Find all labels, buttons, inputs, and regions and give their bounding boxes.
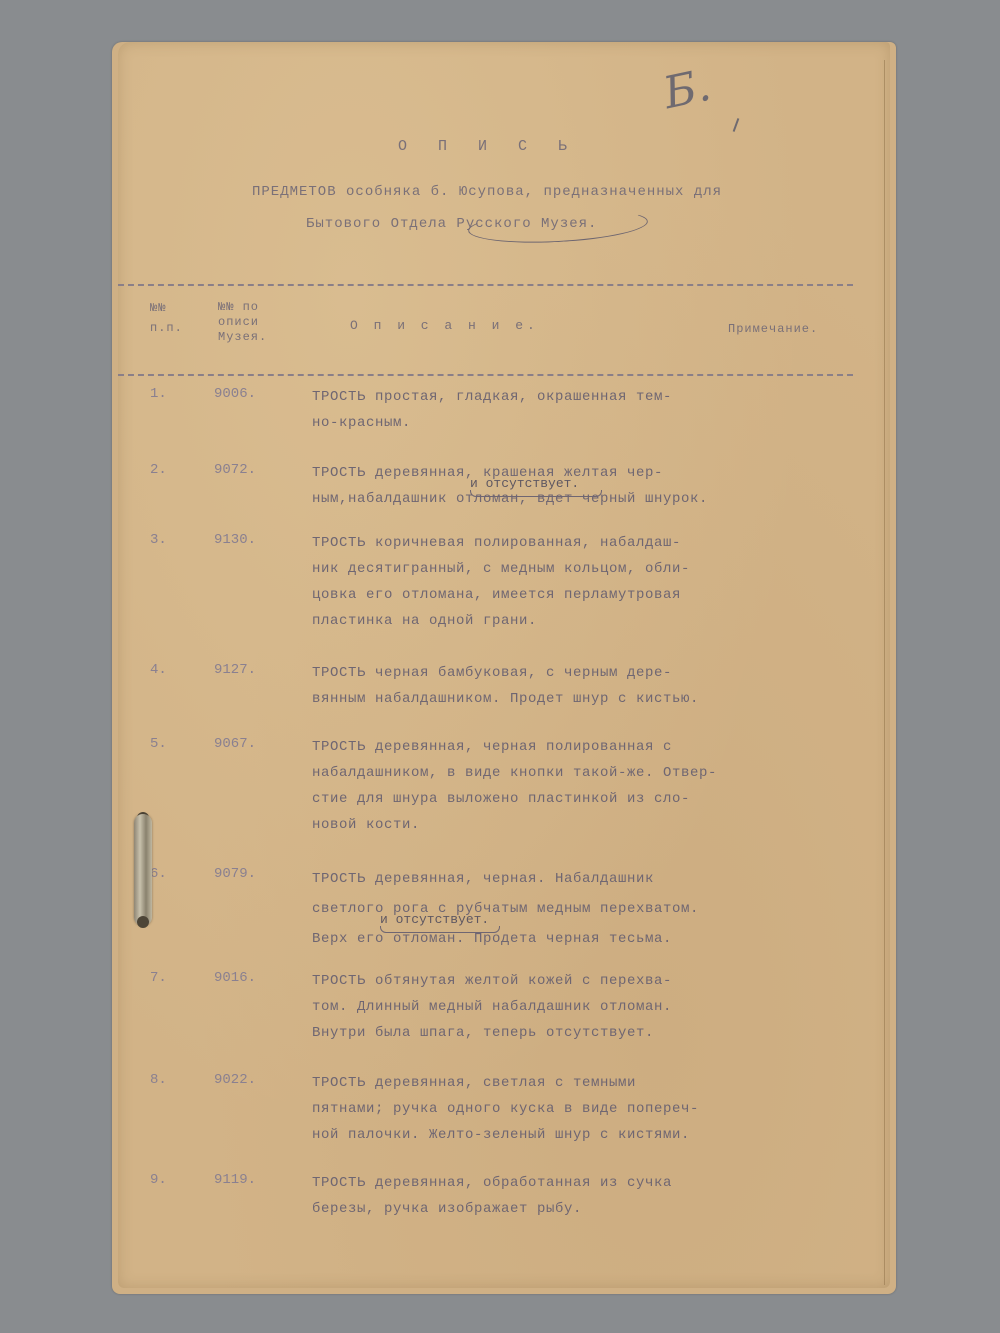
row-number: 3. xyxy=(150,532,167,548)
row-inventory: 9016. xyxy=(214,970,256,986)
row-description: ТРОСТЬ деревянная, черная. Набалдашник с… xyxy=(312,864,699,954)
binding-string xyxy=(134,814,152,926)
header-col-inv: №№ по описи Музея. xyxy=(218,300,267,345)
row-description: ТРОСТЬ обтянутая желтой кожей с перехва-… xyxy=(312,968,672,1046)
row-description: ТРОСТЬ простая, гладкая, окрашенная тем-… xyxy=(312,384,672,436)
row-number: 1. xyxy=(150,386,167,402)
row-number: 6. xyxy=(150,866,167,882)
header-top-rule xyxy=(118,284,853,286)
row-description: ТРОСТЬ деревянная, обработанная из сучка… xyxy=(312,1170,672,1222)
row-inventory: 9006. xyxy=(214,386,256,402)
document-title: О П И С Ь xyxy=(398,138,578,155)
document-subtitle-line1: ПРЕДМЕТОВ особняка б. Юсупова, предназна… xyxy=(252,184,722,200)
insertion-brace xyxy=(380,926,500,933)
row-inventory: 9067. xyxy=(214,736,256,752)
header-col-note: Примечание. xyxy=(728,322,818,336)
row-inventory: 9072. xyxy=(214,462,256,478)
row-number: 2. xyxy=(150,462,167,478)
row-inventory: 9130. xyxy=(214,532,256,548)
insertion-brace xyxy=(470,490,602,497)
row-number: 9. xyxy=(150,1172,167,1188)
row-inventory: 9022. xyxy=(214,1072,256,1088)
row-number: 5. xyxy=(150,736,167,752)
row-description: ТРОСТЬ черная бамбуковая, с черным дере-… xyxy=(312,660,699,712)
header-col-num: №№ п.п. xyxy=(150,298,183,338)
row-inventory: 9127. xyxy=(214,662,256,678)
typed-insertion: и отсутствует. xyxy=(380,912,489,927)
row-description: ТРОСТЬ деревянная, светлая с темными пят… xyxy=(312,1070,699,1148)
row-number: 4. xyxy=(150,662,167,678)
row-description: ТРОСТЬ деревянная, черная полированная с… xyxy=(312,734,717,838)
typed-insertion: и отсутствует. xyxy=(470,476,579,491)
row-inventory: 9079. xyxy=(214,866,256,882)
row-inventory: 9119. xyxy=(214,1172,256,1188)
binding-hole-bottom xyxy=(137,916,149,928)
header-col-desc: О п и с а н и е. xyxy=(350,318,539,333)
stacked-page-edge xyxy=(884,60,891,1285)
row-description: ТРОСТЬ коричневая полированная, набалдаш… xyxy=(312,530,690,634)
row-number: 7. xyxy=(150,970,167,986)
row-number: 8. xyxy=(150,1072,167,1088)
header-bottom-rule xyxy=(118,374,853,376)
